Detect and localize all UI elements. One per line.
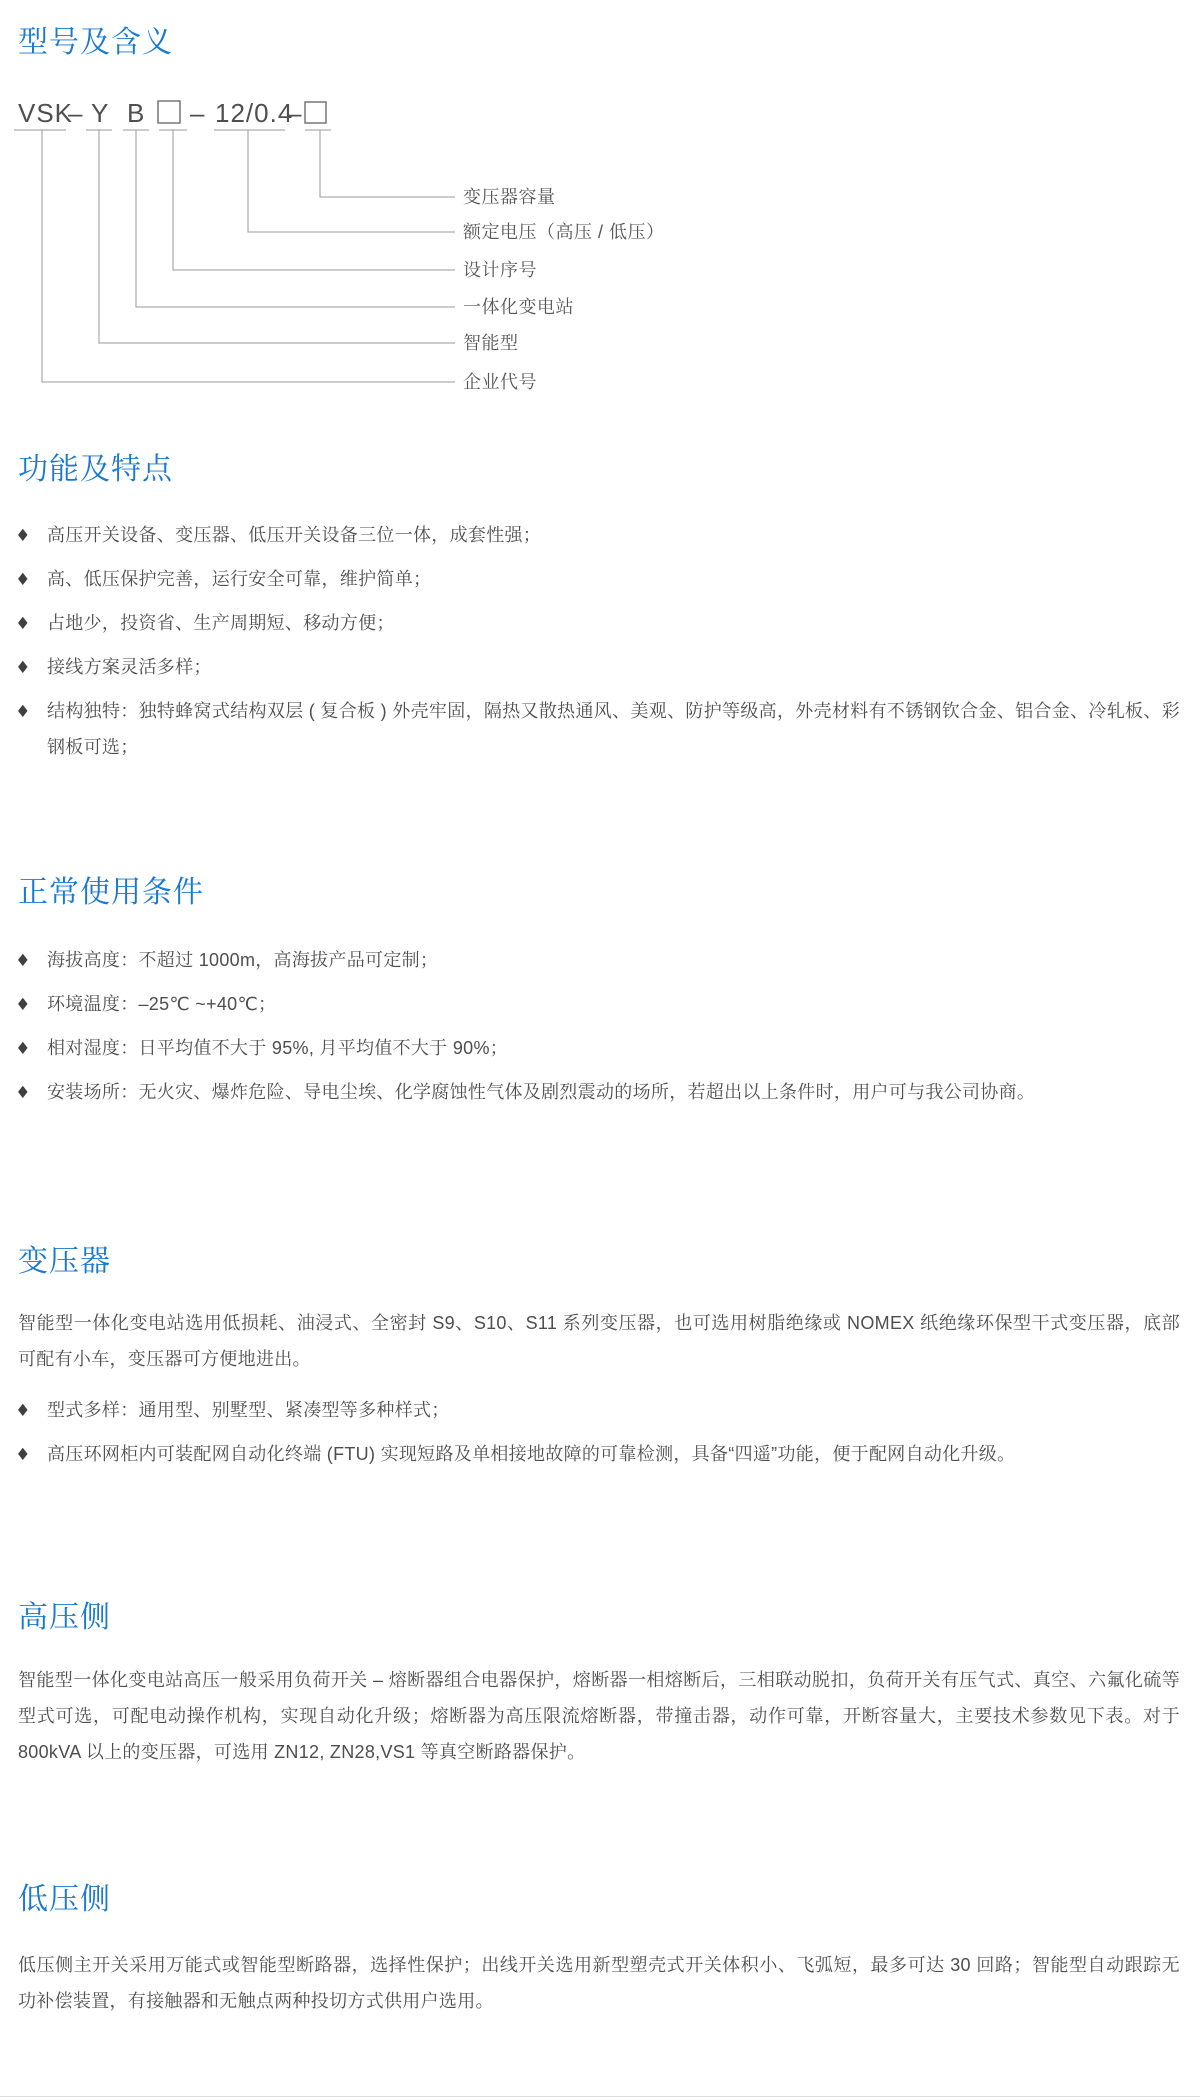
label-integrated-substation: 一体化变电站 — [463, 297, 574, 317]
model-placeholder-box-design — [158, 101, 180, 123]
footer-divider — [0, 2096, 1200, 2097]
lv-side-paragraph: 低压侧主开关采用万能式或智能型断路器，选择性保护；出线开关选用新型塑壳式开关体积… — [18, 1947, 1180, 2019]
diamond-bullet-icon: ◆ — [18, 649, 32, 685]
conditions-heading: 正常使用条件 — [18, 878, 1180, 908]
diamond-bullet-icon: ◆ — [18, 1030, 32, 1066]
page-title: 型号及含义 — [18, 28, 1180, 58]
condition-text: 海拔高度：不超过 1000m，高海拔产品可定制； — [47, 942, 1180, 978]
label-rated-voltage: 额定电压（高压 / 低压） — [463, 222, 665, 242]
diagram-labels: 变压器容量 额定电压（高压 / 低压） 设计序号 一体化变电站 智能型 企业代号 — [463, 187, 665, 392]
model-meaning-section: 型号及含义 — [18, 28, 1180, 58]
diamond-bullet-icon: ◆ — [18, 561, 32, 597]
feature-text: 占地少，投资省、生产周期短、移动方便； — [47, 605, 1180, 641]
model-designation-diagram: VSK – Y B – 12/0.4 – 变压器容量 额定电压（高压 / 低压）… — [0, 88, 740, 418]
leader-design — [173, 130, 455, 270]
diamond-bullet-icon: ◆ — [18, 517, 32, 553]
transformer-heading: 变压器 — [18, 1247, 1180, 1277]
list-item: ◆ 高压开关设备、变压器、低压开关设备三位一体，成套性强； — [18, 517, 1180, 553]
label-company-code: 企业代号 — [463, 372, 537, 392]
model-dash-1: – — [68, 98, 83, 128]
feature-text: 接线方案灵活多样； — [47, 649, 1180, 685]
hv-side-paragraph: 智能型一体化变电站高压一般采用负荷开关 – 熔断器组合电器保护，熔断器一相熔断后… — [18, 1662, 1180, 1770]
diamond-bullet-icon: ◆ — [18, 942, 32, 978]
model-company-code: VSK — [18, 98, 73, 128]
list-item: ◆ 占地少，投资省、生产周期短、移动方便； — [18, 605, 1180, 641]
model-voltage-code: 12/0.4 — [215, 98, 293, 128]
diamond-bullet-icon: ◆ — [18, 1436, 32, 1472]
list-item: ◆ 高、低压保护完善，运行安全可靠，维护简单； — [18, 561, 1180, 597]
leader-voltage — [248, 130, 455, 232]
transformer-list: ◆ 型式多样：通用型、别墅型、紧凑型等多种样式； ◆ 高压环网柜内可装配网自动化… — [18, 1392, 1180, 1472]
conditions-section: 正常使用条件 ◆ 海拔高度：不超过 1000m，高海拔产品可定制； ◆ 环境温度… — [18, 878, 1180, 1118]
label-smart-type: 智能型 — [463, 333, 519, 353]
model-smart-code: Y — [91, 98, 109, 128]
hv-side-heading: 高压侧 — [18, 1603, 1180, 1633]
list-item: ◆ 接线方案灵活多样； — [18, 649, 1180, 685]
model-placeholder-box-capacity — [305, 102, 326, 123]
leader-integrated — [136, 130, 455, 307]
transformer-section: 变压器 智能型一体化变电站选用低损耗、油浸式、全密封 S9、S10、S11 系列… — [18, 1247, 1180, 1480]
transformer-paragraph: 智能型一体化变电站选用低损耗、油浸式、全密封 S9、S10、S11 系列变压器，… — [18, 1305, 1180, 1377]
feature-text: 高、低压保护完善，运行安全可靠，维护简单； — [47, 561, 1180, 597]
model-dash-3: – — [287, 98, 302, 128]
label-design-serial: 设计序号 — [463, 260, 537, 280]
hv-side-section: 高压侧 智能型一体化变电站高压一般采用负荷开关 – 熔断器组合电器保护，熔断器一… — [18, 1603, 1180, 1770]
feature-text: 高压开关设备、变压器、低压开关设备三位一体，成套性强； — [47, 517, 1180, 553]
leader-capacity — [320, 130, 455, 197]
list-item: ◆ 海拔高度：不超过 1000m，高海拔产品可定制； — [18, 942, 1180, 978]
condition-text: 安装场所：无火灾、爆炸危险、导电尘埃、化学腐蚀性气体及剧烈震动的场所，若超出以上… — [47, 1074, 1180, 1110]
diamond-bullet-icon: ◆ — [18, 1392, 32, 1428]
features-section: 功能及特点 ◆ 高压开关设备、变压器、低压开关设备三位一体，成套性强； ◆ 高、… — [18, 455, 1180, 773]
lv-side-section: 低压侧 低压侧主开关采用万能式或智能型断路器，选择性保护；出线开关选用新型塑壳式… — [18, 1885, 1180, 2019]
list-item: ◆ 型式多样：通用型、别墅型、紧凑型等多种样式； — [18, 1392, 1180, 1428]
model-station-code: B — [127, 98, 145, 128]
feature-text: 结构独特：独特蜂窝式结构双层 ( 复合板 ) 外壳牢固，隔热又散热通风、美观、防… — [47, 693, 1180, 765]
list-item: ◆ 高压环网柜内可装配网自动化终端 (FTU) 实现短路及单相接地故障的可靠检测… — [18, 1436, 1180, 1472]
transformer-bullet-text: 高压环网柜内可装配网自动化终端 (FTU) 实现短路及单相接地故障的可靠检测，具… — [47, 1436, 1180, 1472]
diamond-bullet-icon: ◆ — [18, 605, 32, 641]
condition-text: 环境温度：–25℃ ~+40℃； — [47, 986, 1180, 1022]
features-list: ◆ 高压开关设备、变压器、低压开关设备三位一体，成套性强； ◆ 高、低压保护完善… — [18, 517, 1180, 765]
diamond-bullet-icon: ◆ — [18, 1074, 32, 1110]
features-heading: 功能及特点 — [18, 455, 1180, 485]
leader-smart — [99, 130, 455, 343]
diagram-leader-lines — [14, 130, 455, 382]
diamond-bullet-icon: ◆ — [18, 986, 32, 1022]
list-item: ◆ 环境温度：–25℃ ~+40℃； — [18, 986, 1180, 1022]
list-item: ◆ 相对湿度：日平均值不大于 95%, 月平均值不大于 90%； — [18, 1030, 1180, 1066]
condition-text: 相对湿度：日平均值不大于 95%, 月平均值不大于 90%； — [47, 1030, 1180, 1066]
diamond-bullet-icon: ◆ — [18, 693, 32, 729]
list-item: ◆ 安装场所：无火灾、爆炸危险、导电尘埃、化学腐蚀性气体及剧烈震动的场所，若超出… — [18, 1074, 1180, 1110]
conditions-list: ◆ 海拔高度：不超过 1000m，高海拔产品可定制； ◆ 环境温度：–25℃ ~… — [18, 942, 1180, 1110]
list-item: ◆ 结构独特：独特蜂窝式结构双层 ( 复合板 ) 外壳牢固，隔热又散热通风、美观… — [18, 693, 1180, 765]
model-dash-2: – — [190, 98, 205, 128]
label-transformer-capacity: 变压器容量 — [463, 187, 556, 207]
transformer-bullet-text: 型式多样：通用型、别墅型、紧凑型等多种样式； — [47, 1392, 1180, 1428]
lv-side-heading: 低压侧 — [18, 1885, 1180, 1915]
